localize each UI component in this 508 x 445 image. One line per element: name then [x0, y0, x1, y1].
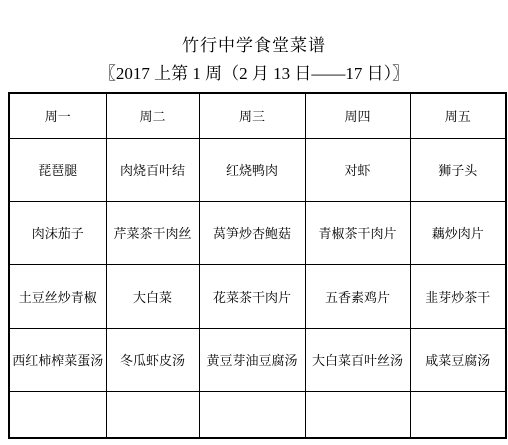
- menu-cell: 韭芽炒茶干: [410, 264, 506, 328]
- empty-row: [9, 391, 506, 438]
- page-title: 竹行中学食堂菜谱: [0, 0, 508, 56]
- day-header-tuesday: 周二: [106, 93, 199, 138]
- menu-cell: 狮子头: [410, 138, 506, 201]
- menu-cell-empty: [9, 391, 106, 438]
- menu-row: 琵琶腿 肉烧百叶结 红烧鸭肉 对虾 狮子头: [9, 138, 506, 201]
- menu-row: 土豆丝炒青椒 大白菜 花菜茶干肉片 五香素鸡片 韭芽炒茶干: [9, 264, 506, 328]
- menu-cell: 西红柿榨菜蛋汤: [9, 328, 106, 391]
- week-date-subtitle: 〖2017 上第 1 周（2 月 13 日——17 日）〗: [0, 56, 508, 92]
- menu-cell: 肉烧百叶结: [106, 138, 199, 201]
- menu-cell: 土豆丝炒青椒: [9, 264, 106, 328]
- day-header-friday: 周五: [410, 93, 506, 138]
- menu-cell: 大白菜: [106, 264, 199, 328]
- day-header-monday: 周一: [9, 93, 106, 138]
- menu-cell: 咸菜豆腐汤: [410, 328, 506, 391]
- menu-row: 肉沫茄子 芹菜茶干肉丝 莴笋炒杏鲍菇 青椒茶干肉片 藕炒肉片: [9, 201, 506, 264]
- menu-cell-empty: [106, 391, 199, 438]
- menu-cell: 芹菜茶干肉丝: [106, 201, 199, 264]
- menu-cell: 对虾: [305, 138, 410, 201]
- day-header-wednesday: 周三: [199, 93, 305, 138]
- menu-cell: 花菜茶干肉片: [199, 264, 305, 328]
- menu-document: 竹行中学食堂菜谱 〖2017 上第 1 周（2 月 13 日——17 日）〗 周…: [0, 0, 508, 439]
- menu-cell: 肉沫茄子: [9, 201, 106, 264]
- menu-cell-empty: [410, 391, 506, 438]
- header-row: 周一 周二 周三 周四 周五: [9, 93, 506, 138]
- menu-cell: 红烧鸭肉: [199, 138, 305, 201]
- menu-cell: 冬瓜虾皮汤: [106, 328, 199, 391]
- menu-cell: 五香素鸡片: [305, 264, 410, 328]
- menu-cell: 黄豆芽油豆腐汤: [199, 328, 305, 391]
- day-header-thursday: 周四: [305, 93, 410, 138]
- menu-cell-empty: [305, 391, 410, 438]
- menu-cell: 大白菜百叶丝汤: [305, 328, 410, 391]
- menu-table: 周一 周二 周三 周四 周五 琵琶腿 肉烧百叶结 红烧鸭肉 对虾 狮子头 肉沫茄…: [8, 92, 507, 439]
- menu-cell-empty: [199, 391, 305, 438]
- menu-cell: 青椒茶干肉片: [305, 201, 410, 264]
- menu-cell: 藕炒肉片: [410, 201, 506, 264]
- menu-row: 西红柿榨菜蛋汤 冬瓜虾皮汤 黄豆芽油豆腐汤 大白菜百叶丝汤 咸菜豆腐汤: [9, 328, 506, 391]
- menu-cell: 琵琶腿: [9, 138, 106, 201]
- menu-cell: 莴笋炒杏鲍菇: [199, 201, 305, 264]
